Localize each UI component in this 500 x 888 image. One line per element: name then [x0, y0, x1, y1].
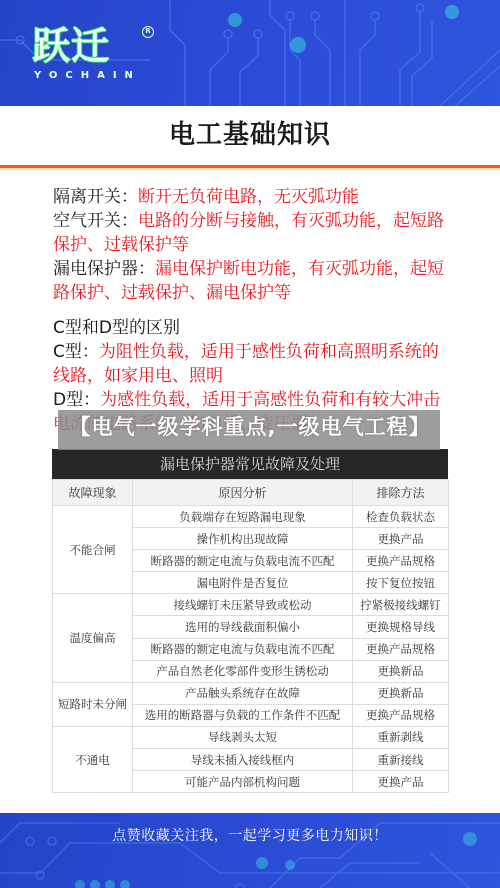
cause-cell: 导线剥头太短	[133, 726, 353, 748]
definition-leakage-protector: 漏电保护器：漏电保护断电功能，有灭弧功能，起短路保护、过载保护、漏电保护等	[53, 257, 453, 305]
definition-isolating-switch: 隔离开关：断开无负荷电路，无灭弧功能	[53, 185, 453, 209]
cause-cell: 断路器的额定电流与负载电流不匹配	[133, 550, 353, 572]
definition-air-switch: 空气开关：电路的分断与接触，有灭弧功能，起短路保护、过载保护等	[53, 209, 453, 257]
logo-english: YOCHAIN	[34, 70, 146, 82]
article-title-overlay[interactable]: 【电气一级学科重点,一级电气工程】	[36, 413, 464, 441]
footer-call-to-action: 点赞收藏关注我，一起学习更多电力知识！	[0, 825, 500, 847]
symptom-cell: 温度偏高	[53, 594, 133, 682]
fault-table-grid: 故障现象 原因分析 排除方法 不能合闸 负载端存在短路漏电现象 检查负载状态 操…	[52, 479, 449, 793]
fix-cell: 拧紧极接线螺钉	[353, 594, 449, 616]
table-row: 不通电 导线剥头太短 重新剥线	[53, 726, 449, 748]
top-banner: 跃迁 R YOCHAIN	[0, 0, 500, 106]
cause-cell: 导线未插入接线框内	[133, 749, 353, 771]
fix-cell: 更换新品	[353, 660, 449, 682]
fault-table: 漏电保护器常见故障及处理 故障现象 原因分析 排除方法 不能合闸 负载端存在短路…	[52, 449, 448, 793]
definition-label: 空气开关：	[53, 211, 138, 231]
bottom-banner: 点赞收藏关注我，一起学习更多电力知识！	[0, 813, 500, 888]
cause-cell: 可能产品内部机构问题	[133, 771, 353, 793]
fix-cell: 检查负载状态	[353, 506, 449, 528]
definition-text: 断开无负荷电路，无灭弧功能	[138, 187, 359, 207]
registered-mark-icon: R	[142, 26, 154, 38]
type-label: D型：	[53, 390, 100, 410]
cause-cell: 产品触头系统存在故障	[133, 682, 353, 704]
fix-cell: 更换规格导线	[353, 616, 449, 638]
logo-chinese: 跃迁	[32, 24, 110, 68]
cause-cell: 断路器的额定电流与负载电流不匹配	[133, 638, 353, 660]
type-label: C型：	[53, 342, 99, 362]
c-type-description: C型：为阻性负载，适用于感性负荷和高照明系统的线路，如家用电、照明	[53, 340, 453, 388]
cause-cell: 选用的导线截面积偏小	[133, 616, 353, 638]
cause-cell: 选用的断路器与负载的工作条件不匹配	[133, 704, 353, 726]
fix-cell: 按下复位按钮	[353, 572, 449, 594]
fix-cell: 更换产品规格	[353, 638, 449, 660]
fix-cell: 重新接线	[353, 749, 449, 771]
fix-cell: 更换产品	[353, 528, 449, 550]
header-fix: 排除方法	[353, 480, 449, 506]
header-cause: 原因分析	[133, 480, 353, 506]
table-caption: 漏电保护器常见故障及处理	[52, 449, 448, 479]
cause-cell: 接线螺钉未压紧导致或松动	[133, 594, 353, 616]
type-text: 为阻性负载，适用于感性负荷和高照明系统的线路，如家用电、照明	[53, 342, 439, 386]
fix-cell: 更换产品规格	[353, 704, 449, 726]
document-title: 电工基础知识	[0, 118, 500, 152]
fix-cell: 重新剥线	[353, 726, 449, 748]
title-divider	[0, 165, 500, 168]
definition-label: 隔离开关：	[53, 187, 138, 207]
cause-cell: 漏电附件是否复位	[133, 572, 353, 594]
cause-cell: 负载端存在短路漏电现象	[133, 506, 353, 528]
header-symptom: 故障现象	[53, 480, 133, 506]
table-row: 短路时未分闸 产品触头系统存在故障 更换新品	[53, 682, 449, 704]
symptom-cell: 短路时未分闸	[53, 682, 133, 726]
symptom-cell: 不通电	[53, 726, 133, 792]
fix-cell: 更换新品	[353, 682, 449, 704]
cause-cell: 操作机构出现故障	[133, 528, 353, 550]
symptom-cell: 不能合闸	[53, 506, 133, 594]
fix-cell: 更换产品规格	[353, 550, 449, 572]
table-header-row: 故障现象 原因分析 排除方法	[53, 480, 449, 506]
table-row: 不能合闸 负载端存在短路漏电现象 检查负载状态	[53, 506, 449, 528]
brand-logo: 跃迁 R YOCHAIN	[32, 24, 162, 86]
table-row: 温度偏高 接线螺钉未压紧导致或松动 拧紧极接线螺钉	[53, 594, 449, 616]
fix-cell: 更换产品	[353, 771, 449, 793]
definition-label: 漏电保护器：	[53, 259, 155, 279]
cause-cell: 产品自然老化零部件变形生锈松动	[133, 660, 353, 682]
cd-heading: C型和D型的区别	[53, 316, 453, 340]
